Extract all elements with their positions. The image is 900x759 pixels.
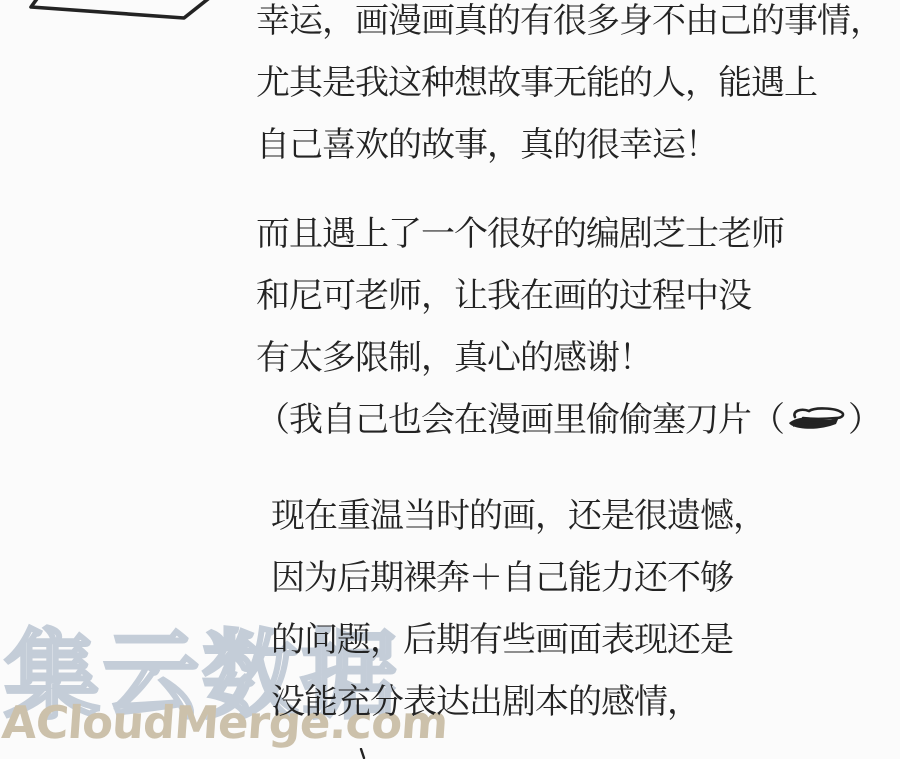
handwritten-line: 有太多限制，真心的感谢！: [256, 327, 900, 389]
handwritten-line: （我自己也会在漫画里偷偷塞刀片（ ）: [256, 389, 900, 451]
handwritten-line: 而且遇上了一个很好的编剧芝士老师: [256, 203, 900, 265]
handwritten-line: 自己喜欢的故事，真的很幸运！: [256, 114, 900, 176]
handwritten-line-text: ）: [848, 400, 881, 440]
handwritten-line: 尤其是我这种想故事无能的人，能遇上: [256, 52, 900, 114]
paragraph-3: 现在重温当时的画，还是很遗憾， 因为后期裸奔＋自己能力还不够 的问题，后期有些画…: [256, 485, 900, 733]
handwritten-line: 的问题，后期有些画面表现还是: [271, 609, 900, 671]
paragraph-2: 而且遇上了一个很好的编剧芝士老师 和尼可老师，让我在画的过程中没 有太多限制，真…: [256, 203, 900, 451]
handwritten-line-text: （我自己也会在漫画里偷偷塞刀片（: [256, 400, 784, 440]
handwritten-text-block: 幸运，画漫画真的有很多身不由己的事情， 尤其是我这种想故事无能的人，能遇上 自己…: [256, 0, 900, 733]
handwritten-line: 因为后期裸奔＋自己能力还不够: [271, 547, 900, 609]
manga-afterword-page: 集云数据 ACloudMerge.com 幸运，画漫画真的有很多身不由己的事情，…: [0, 0, 900, 759]
handwritten-line: 没能充分表达出剧本的感情，: [271, 671, 900, 733]
handwritten-line: 幸运，画漫画真的有很多身不由己的事情，: [256, 0, 900, 52]
handwritten-line: 现在重温当时的画，还是很遗憾，: [271, 485, 900, 547]
handwritten-line: 和尼可老师，让我在画的过程中没: [256, 265, 900, 327]
knife-doodle-icon: [785, 404, 847, 434]
cutoff-next-line-stroke: [356, 748, 370, 759]
paragraph-1: 幸运，画漫画真的有很多身不由己的事情， 尤其是我这种想故事无能的人，能遇上 自己…: [256, 0, 900, 176]
panel-corner-sketch-icon: [0, 0, 240, 30]
